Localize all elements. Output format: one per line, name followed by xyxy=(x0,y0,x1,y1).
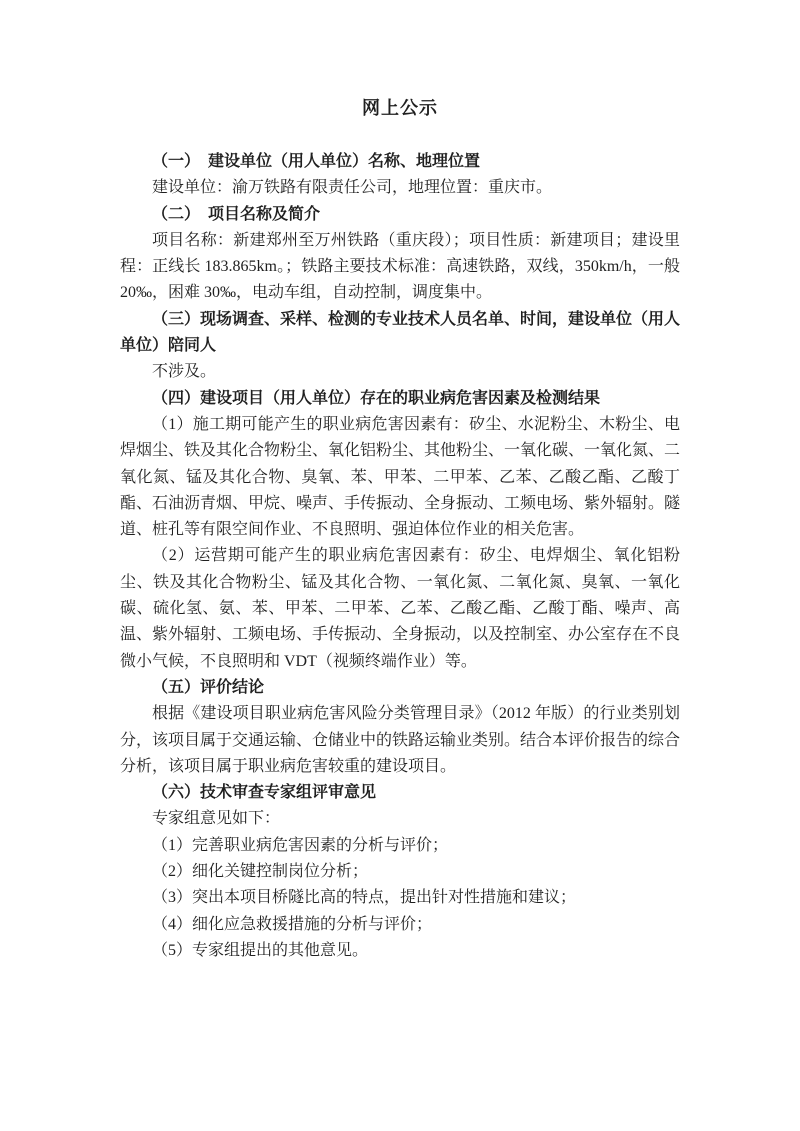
paragraph: （5）专家组提出的其他意见。 xyxy=(120,938,680,964)
paragraph: 建设单位：渝万铁路有限责任公司，地理位置：重庆市。 xyxy=(120,175,680,201)
section-heading: （二） 项目名称及简介 xyxy=(120,202,680,228)
document-title: 网上公示 xyxy=(120,95,680,122)
paragraph: （1）施工期可能产生的职业病危害因素有：矽尘、水泥粉尘、木粉尘、电焊烟尘、铁及其… xyxy=(120,412,680,543)
paragraph: 不涉及。 xyxy=(120,359,680,385)
paragraph: 根据《建设项目职业病危害风险分类管理目录》（2012 年版）的行业类别划分，该项… xyxy=(120,701,680,780)
paragraph: （2）细化关键控制岗位分析； xyxy=(120,859,680,885)
section-heading: （五）评价结论 xyxy=(120,675,680,701)
document-content: 网上公示 （一） 建设单位（用人单位）名称、地理位置 建设单位：渝万铁路有限责任… xyxy=(120,95,680,964)
paragraph: （2）运营期可能产生的职业病危害因素有：矽尘、电焊烟尘、氧化铝粉尘、铁及其化合物… xyxy=(120,543,680,674)
section-heading: （一） 建设单位（用人单位）名称、地理位置 xyxy=(120,149,680,175)
paragraph: 项目名称：新建郑州至万州铁路（重庆段）；项目性质：新建项目；建设里程：正线长 1… xyxy=(120,228,680,307)
document-section: （四）建设项目（用人单位）存在的职业病危害因素及检测结果 （1）施工期可能产生的… xyxy=(120,386,680,675)
document-section: （三）现场调查、采样、检测的专业技术人员名单、时间，建设单位（用人单位）陪同人 … xyxy=(120,307,680,386)
sections-container: （一） 建设单位（用人单位）名称、地理位置 建设单位：渝万铁路有限责任公司，地理… xyxy=(120,149,680,964)
paragraph: （3）突出本项目桥隧比高的特点，提出针对性措施和建议； xyxy=(120,885,680,911)
document-section: （二） 项目名称及简介 项目名称：新建郑州至万州铁路（重庆段）；项目性质：新建项… xyxy=(120,202,680,307)
document-section: （五）评价结论 根据《建设项目职业病危害风险分类管理目录》（2012 年版）的行… xyxy=(120,675,680,780)
document-section: （一） 建设单位（用人单位）名称、地理位置 建设单位：渝万铁路有限责任公司，地理… xyxy=(120,149,680,202)
section-heading: （三）现场调查、采样、检测的专业技术人员名单、时间，建设单位（用人单位）陪同人 xyxy=(120,307,680,360)
paragraph: （4）细化应急救援措施的分析与评价； xyxy=(120,912,680,938)
paragraph: 专家组意见如下： xyxy=(120,806,680,832)
section-heading: （四）建设项目（用人单位）存在的职业病危害因素及检测结果 xyxy=(120,386,680,412)
document-section: （六）技术审查专家组评审意见 专家组意见如下：（1）完善职业病危害因素的分析与评… xyxy=(120,780,680,964)
section-heading: （六）技术审查专家组评审意见 xyxy=(120,780,680,806)
paragraph: （1）完善职业病危害因素的分析与评价； xyxy=(120,833,680,859)
document-page: 网上公示 （一） 建设单位（用人单位）名称、地理位置 建设单位：渝万铁路有限责任… xyxy=(0,0,800,1131)
